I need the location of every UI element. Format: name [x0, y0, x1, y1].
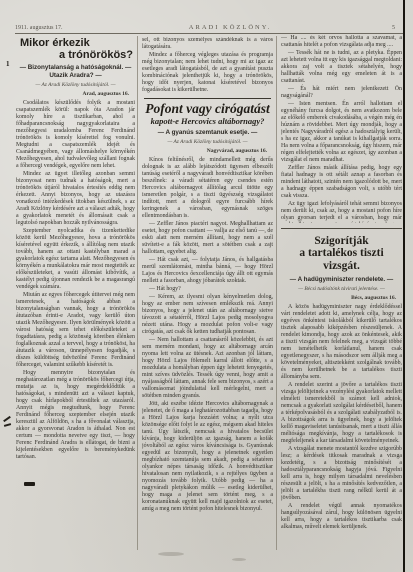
masthead-title: ARADI KÖZLÖNY.: [125, 24, 335, 31]
paragraph: A rendelet szerint a jövőre a tartalékos…: [281, 382, 402, 445]
article1-dateline: Arad, augusztus 16.: [16, 91, 135, 98]
article3-dateline: Bécs, augusztus 16.: [281, 295, 402, 302]
paragraph: Mindez a főherceg végleges utazása és pr…: [142, 52, 273, 94]
article1-body-col1: Csodálatos készülődés folyik a mostani c…: [16, 100, 135, 461]
header-rule: [15, 33, 403, 34]
paragraph: Kínos feltűnésről, de mindamellett még d…: [142, 157, 273, 220]
article2-body-col2: Kínos feltűnésről, de mindamellett még d…: [142, 157, 273, 513]
paragraph: Csodálatos készülődés folyik a mostani c…: [16, 100, 135, 170]
margin-mark-numeral: 1: [6, 60, 10, 68]
newspaper-page: 1911. augusztus 17. ARADI KÖZLÖNY. 5 Mik…: [0, 0, 413, 572]
paragraph: sel, ott bizonyos személyes szándéknak i…: [142, 37, 273, 51]
article2-top-rule: [144, 98, 271, 99]
paragraph: Szeptember nyolcadika és tizenkettedike …: [16, 228, 135, 291]
article3-headline-line2: a tartalékos tiszti vizsgát.: [281, 247, 402, 273]
article1-subtitle-line2: Utazik Aradra? —: [16, 72, 135, 80]
paragraph: Hogy mennyire bizonytalan és meghatároza…: [16, 370, 135, 461]
paragraph: A vizsgálat menete mostantól kezdve szig…: [281, 446, 402, 502]
page-edge-line: [403, 0, 405, 572]
paragraph: — Nem hallottam a csattanásról közelebbi…: [142, 337, 273, 400]
margin-pen-scribble-mark: [2, 416, 12, 430]
article2-dateline: Nagyvárad, augusztus 16.: [142, 148, 273, 155]
article1-title-line2: a trónörökös?: [16, 49, 135, 61]
page-number: 5: [335, 25, 403, 31]
column-separator-2: [276, 36, 277, 550]
paragraph: — Kérem, az ilyesmi olyan kényelmetlen d…: [142, 294, 273, 336]
paragraph: — Ha .... és két orvos hallotta a szavam…: [281, 35, 402, 49]
article2-headline-line1: Pofont vagy cirógatást: [142, 102, 273, 116]
paragraph: Jött, aki eszébe idézte Hercovics altábo…: [142, 401, 273, 513]
column-3: — Ha .... és két orvos hallotta a szavam…: [281, 35, 402, 535]
column-separator-1: [137, 36, 138, 550]
paragraph: Miután az egyes főhercegek útitervei még…: [16, 292, 135, 369]
article1-byline: — Az Aradi Közlöny tudósítójától. —: [16, 82, 135, 89]
column-2: sel, ott bizonyos személyes szándéknak i…: [142, 37, 273, 553]
article3-subtitle: — A hadügyminiszter rendelete. —: [281, 276, 402, 284]
scan-smudge: [232, 558, 246, 561]
issue-date: 1911. augusztus 17.: [15, 25, 125, 31]
paragraph: Zeffler János másik állítása pedig, hogy…: [281, 165, 402, 200]
article2-body-col3: — Ha .... és két orvos hallotta a szavam…: [281, 35, 402, 223]
paragraph: — És hát miért nem jelentkezett Ön nagys…: [281, 86, 402, 100]
article1-subtitle-line1: — Bizonytalanság a hatóságoknál. —: [16, 64, 135, 72]
paragraph: — Zeffler János piactéri nagyot. Meghall…: [142, 221, 273, 256]
article2-subtitle: — A gyanús szemtanuk esetje. —: [142, 129, 273, 137]
scan-smudge: [158, 552, 184, 556]
article3-byline: — Bécsi tudósítónk távirati jelentése. —: [281, 286, 402, 293]
paragraph: A rendelet végül annak nyomatékos hangsú…: [281, 503, 402, 531]
paragraph: — Tessék hát ne is tudni, az a pletyka. …: [281, 50, 402, 85]
paragraph: — Hát csak azt, — folytatja János, és ha…: [142, 257, 273, 285]
paragraph: Mindez az ügyet illetőleg azonban semmi …: [16, 171, 135, 227]
article3-body: A közös hadügyminiszter nagy érdeklődéss…: [281, 304, 402, 531]
paragraph: — Hát hogy?: [142, 286, 273, 293]
column-1: Mikor érkezik a trónörökös? — Bizonytala…: [16, 37, 135, 529]
paragraph: — Isten mentsen. Én arról hallottam el e…: [281, 101, 402, 164]
article1-body-col2: sel, ott bizonyos személyes szándéknak i…: [142, 37, 273, 94]
article1-title-line1: Mikor érkezik: [16, 37, 135, 49]
margin-dash-mark: [24, 482, 35, 486]
article3-headline-line1: Szigorítják: [281, 235, 402, 247]
article2-byline: — Az Aradi Közlöny tudósítójától. —: [142, 139, 273, 146]
article3-top-rule: [281, 228, 402, 229]
paragraph: A közös hadügyminiszter nagy érdeklődéss…: [281, 304, 402, 381]
page-header: 1911. augusztus 17. ARADI KÖZLÖNY. 5: [15, 24, 403, 31]
paragraph: Az ügy igazi lefolyásáról tehát semmi bi…: [281, 201, 402, 223]
article2-headline-line2: kapott-e Hercovics altábornagy?: [142, 116, 273, 126]
